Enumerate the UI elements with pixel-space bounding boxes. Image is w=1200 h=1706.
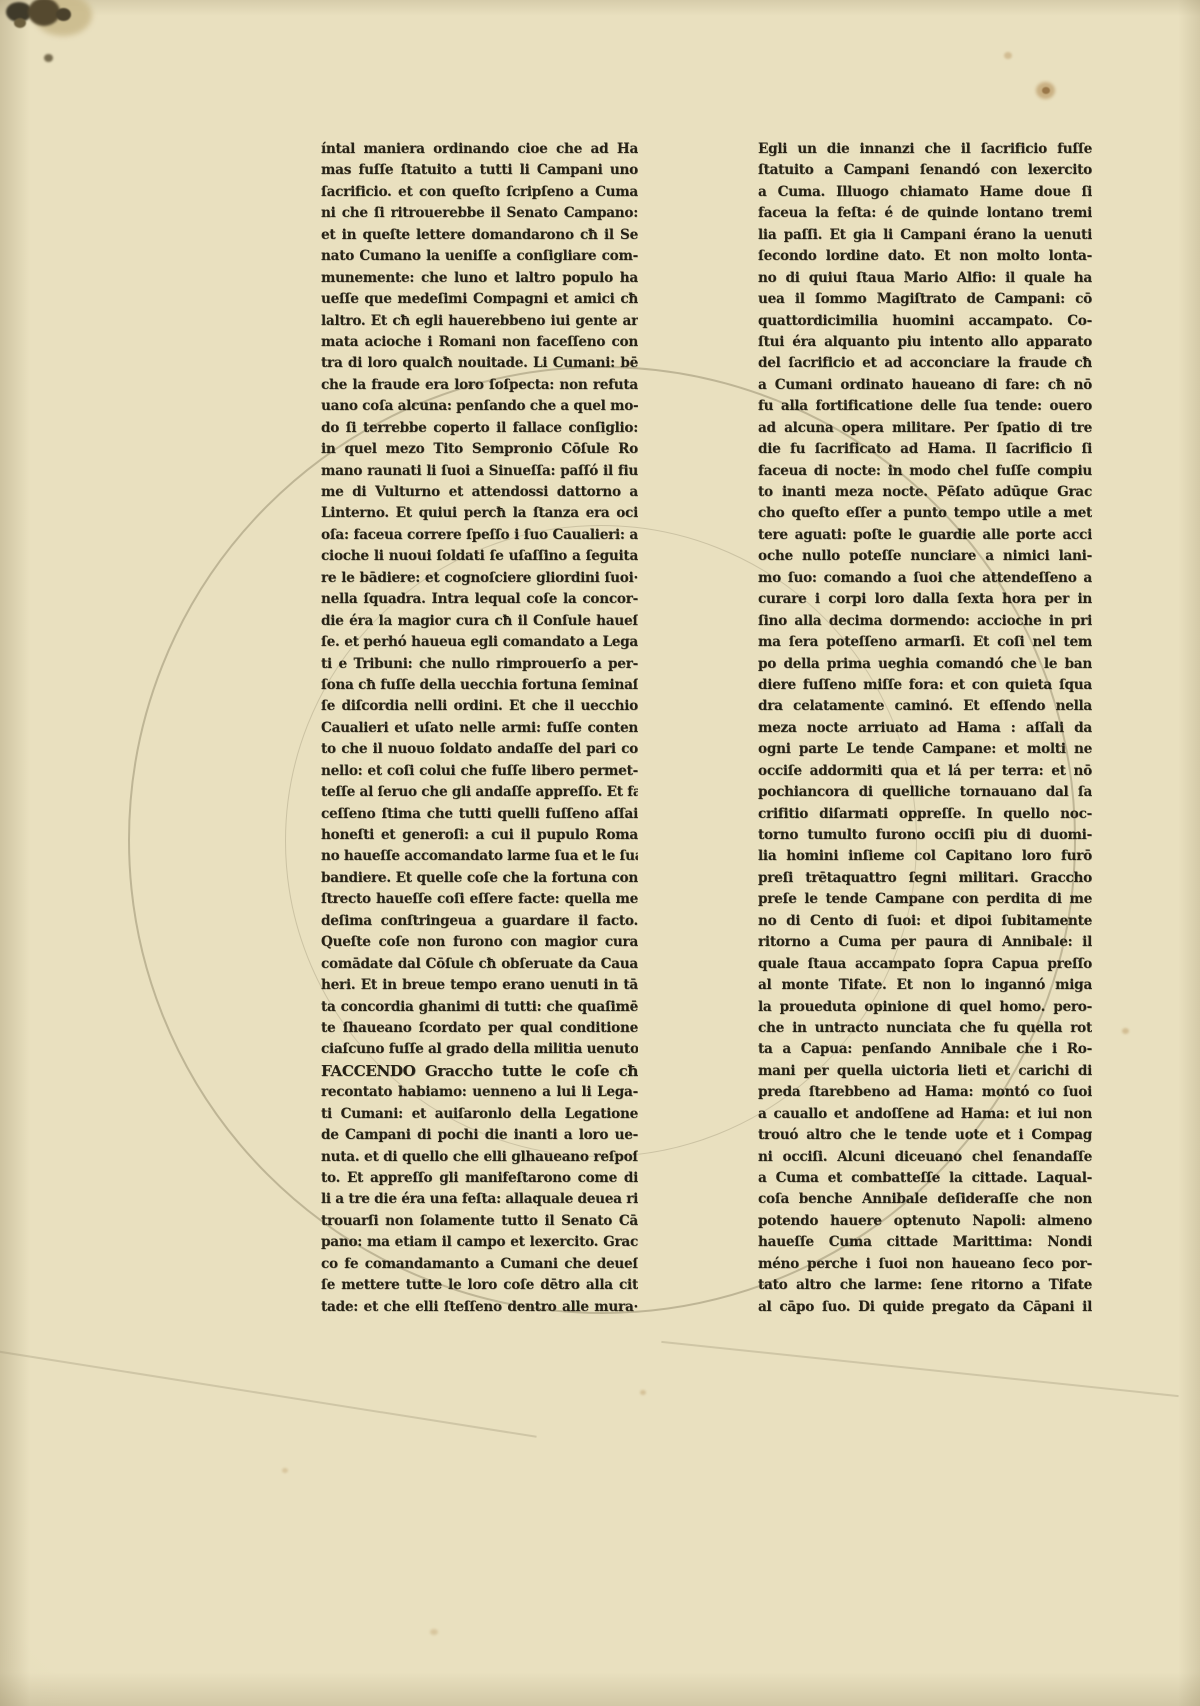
text-line: die éra la magior cura cħ il Conſule hau… xyxy=(321,611,638,632)
text-line: torno tumulto furono occiſi piu di duomi… xyxy=(758,825,1092,846)
text-line: comādate dal Cōſule cħ obſeruate da Caua xyxy=(321,954,638,975)
text-line: cho queſto eſſer a punto tempo utile a m… xyxy=(758,503,1092,524)
text-line: bandiere. Et quelle coſe che la fortuna … xyxy=(321,868,638,889)
text-line: oche nullo poteſſe nunciare a nimici lan… xyxy=(758,546,1092,567)
text-line: méno perche i ſuoi non haueano ſeco por- xyxy=(758,1254,1092,1275)
text-column-left: íntal maniera ordinando cioe che ad Hama… xyxy=(321,139,638,1318)
text-line: meza nocte arriuato ad Hama : aſſali da xyxy=(758,718,1092,739)
text-line: Queſte coſe non furono con magior cura xyxy=(321,932,638,953)
text-line: preſi trētaquattro ſegni militari. Gracc… xyxy=(758,868,1092,889)
text-line: a Cumani ordinato haueano di fare: cħ nō xyxy=(758,375,1092,396)
text-line: no haueſſe accomandato larme ſua et le ſ… xyxy=(321,846,638,867)
text-line: ſtui éra alquanto piu intento allo appar… xyxy=(758,332,1092,353)
foxing-spot xyxy=(1122,1028,1129,1034)
text-line: tra di loro qualcħ nouitade. Li Cumani: … xyxy=(321,353,638,374)
text-line: re le bādiere: et cognoſciere gliordini … xyxy=(321,568,638,589)
text-line: faceua la feſta: é de quinde lontano tre… xyxy=(758,203,1092,224)
text-line: teſſe al ſeruo che gli andaſſe appreſſo.… xyxy=(321,782,638,803)
text-line: ta concordia ghanimi di tutti: che quaſi… xyxy=(321,997,638,1018)
text-line: nella ſquadra. Intra lequal coſe la conc… xyxy=(321,589,638,610)
text-line: che la fraude era loro ſoſpecta: non ref… xyxy=(321,375,638,396)
text-line: uano coſa alcuna: penſando che a quel mo… xyxy=(321,396,638,417)
text-line: ti Cumani: et auiſaronlo della Legatione xyxy=(321,1104,638,1125)
text-line: curare i corpi loro dalla ſexta hora per… xyxy=(758,589,1092,610)
ink-blot xyxy=(14,18,26,28)
text-line: die fu ſacrificato ad Hama. Il ſacrifici… xyxy=(758,439,1092,460)
ink-blot xyxy=(56,8,71,21)
text-line: mo ſuo: comando a ſuoi che attendeſſeno … xyxy=(758,568,1092,589)
foxing-spot xyxy=(1042,87,1050,94)
text-line: oſa: faceua correre ſpeſſo i ſuo Caualie… xyxy=(321,525,638,546)
text-line: a Cuma. Illuogo chiamato Hame doue ſi xyxy=(758,182,1092,203)
text-line: mano raunati li ſuoi a Sinueſſa: paſſó i… xyxy=(321,461,638,482)
text-line: ni occiſi. Alcuni diceuano chel ſenandaſ… xyxy=(758,1147,1092,1168)
foxing-spot xyxy=(282,1468,288,1473)
text-line: mani per quella uictoria lieti et carich… xyxy=(758,1061,1092,1082)
text-line: Caualieri et uſato nelle armi: fuſſe con… xyxy=(321,718,638,739)
text-line: crifitio diſarmati oppreſſe. In quello n… xyxy=(758,804,1092,825)
text-line: ritorno a Cuma per paura di Annibale: il xyxy=(758,932,1092,953)
text-line: ſtrecto haueſſe coſi eſſere facte: quell… xyxy=(321,889,638,910)
ink-blot xyxy=(6,2,32,22)
text-line: tere aguati: poſte le guardie alle porte… xyxy=(758,525,1092,546)
text-line: nello: et coſi colui che fuſſe libero pe… xyxy=(321,761,638,782)
text-line: in quel mezo Tito Sempronio Cōſule Ro xyxy=(321,439,638,460)
text-line: pochiancora di quelliche tornauano dal ſ… xyxy=(758,782,1092,803)
text-line: ſtatuito a Campani ſenandó con lexercito xyxy=(758,160,1092,181)
text-line: haueſſe Cuma cittade Marittima: Nondi xyxy=(758,1232,1092,1253)
text-line: ni che ſi ritrouerebbe il Senato Campano… xyxy=(321,203,638,224)
text-line: faceua di nocte: in modo chel fuſſe comp… xyxy=(758,461,1092,482)
text-line: do ſi terrebbe coperto il fallace conſig… xyxy=(321,418,638,439)
text-line: nuta. et di quello che elli glhaueano re… xyxy=(321,1147,638,1168)
text-line: laltro. Et cħ egli hauerebbeno iui gente… xyxy=(321,311,638,332)
text-line: po della prima ueghia comandó che le ban xyxy=(758,654,1092,675)
text-line: al monte Tifate. Et non lo ingannó miga xyxy=(758,975,1092,996)
foxing-spot xyxy=(640,1390,646,1395)
text-line: ſecondo lordine dato. Et non molto lonta… xyxy=(758,246,1092,267)
text-line: coſa benche Annibale deſideraſſe che non xyxy=(758,1189,1092,1210)
ink-blot xyxy=(44,54,53,62)
text-line: quattordicimilia huomini accampato. Co- xyxy=(758,311,1092,332)
text-line: al cāpo ſuo. Di quide pregato da Cāpani … xyxy=(758,1297,1092,1318)
text-line: potendo hauere optenuto Napoli: almeno xyxy=(758,1211,1092,1232)
text-line: tade: et che elli ſteſſeno dentro alle m… xyxy=(321,1297,638,1318)
text-line: no di Cento di ſuoi: et dipoi ſubitament… xyxy=(758,911,1092,932)
text-line: pano: ma etiam il campo et lexercito. Gr… xyxy=(321,1232,638,1253)
text-line: recontato habiamo: uenneno a lui li Lega… xyxy=(321,1082,638,1103)
text-line: Linterno. Et quiui percħ la ſtanza era o… xyxy=(321,503,638,524)
text-line: nato Cumano la ueniſſe a conſigliare com… xyxy=(321,246,638,267)
text-line: mata acioche i Romani non faceſſeno con xyxy=(321,332,638,353)
ink-blot xyxy=(28,0,60,26)
text-line: Egli un die innanzi che il ſacrificio fu… xyxy=(758,139,1092,160)
text-line: ta a Capua: penſando Annibale che i Ro- xyxy=(758,1039,1092,1060)
text-line: trouarſi non ſolamente tutto il Senato C… xyxy=(321,1211,638,1232)
text-line: munemente: che luno et laltro populo ha xyxy=(321,268,638,289)
text-line: uea il ſommo Magiſtrato de Campani: cō xyxy=(758,289,1092,310)
foxing-spot xyxy=(1004,52,1012,59)
text-line: ma ſera poteſſeno armarſi. Et coſi nel t… xyxy=(758,632,1092,653)
text-line: de Campani di pochi die inanti a loro ue… xyxy=(321,1125,638,1146)
text-line: fu alla fortificatione delle ſua tende: … xyxy=(758,396,1092,417)
text-line: ogni parte Le tende Campane: et molti ne xyxy=(758,739,1092,760)
text-line: ciaſcuno fuſſe al grado della militia ue… xyxy=(321,1039,638,1060)
foxing-spot xyxy=(430,1629,438,1635)
text-line: to. Et appreſſo gli manifeſtarono come d… xyxy=(321,1168,638,1189)
text-line: to inanti meza nocte. Pēſato adūque Grac xyxy=(758,482,1092,503)
book-page: íntal maniera ordinando cioe che ad Hama… xyxy=(0,0,1200,1706)
text-line: íntal maniera ordinando cioe che ad Ha xyxy=(321,139,638,160)
text-line: tato altro che larme: ſene ritorno a Tif… xyxy=(758,1275,1092,1296)
text-column-right: Egli un die innanzi che il ſacrificio fu… xyxy=(758,139,1092,1318)
text-line: heri. Et in breue tempo erano uenuti in … xyxy=(321,975,638,996)
text-line: preda ſtarebbeno ad Hama: montó co ſuoi xyxy=(758,1082,1092,1103)
text-line: lia paſſi. Et gia li Campani érano la ue… xyxy=(758,225,1092,246)
text-line: preſe le tende Campane con perdita di me xyxy=(758,889,1092,910)
text-line: et in queſte lettere domandarono cħ il S… xyxy=(321,225,638,246)
text-line: quale ſtaua accampato ſopra Capua preſſo xyxy=(758,954,1092,975)
text-line: co fe comandamanto a Cumani che deueſ xyxy=(321,1254,638,1275)
text-line: cioche li nuoui ſoldati ſe uſaſſino a ſe… xyxy=(321,546,638,567)
text-line: no di quiui ſtaua Mario Alfio: il quale … xyxy=(758,268,1092,289)
text-line: ſe diſcordia nelli ordini. Et che il uec… xyxy=(321,696,638,717)
text-line: mas fuſſe ſtatuito a tutti li Campani un… xyxy=(321,160,638,181)
text-line: me di Vulturno et attendossi dattorno a xyxy=(321,482,638,503)
paper-crease-line xyxy=(0,1348,537,1437)
text-line: te ſhaueano ſcordato per qual conditione xyxy=(321,1018,638,1039)
text-line: che in untracto nunciata che fu quella r… xyxy=(758,1018,1092,1039)
text-line: ceſſeno ſtima che tutti quelli fuſſeno a… xyxy=(321,804,638,825)
text-line: diere fuſſeno miſſe fora: et con quieta … xyxy=(758,675,1092,696)
paper-crease-line xyxy=(661,1341,1178,1397)
text-line: to che il nuouo ſoldato andaſſe del pari… xyxy=(321,739,638,760)
text-line: ad alcuna opera militare. Per ſpatio di … xyxy=(758,418,1092,439)
text-line: deſima conſtringeua a guardare il facto. xyxy=(321,911,638,932)
ink-blot xyxy=(34,0,92,36)
text-line: a Cuma et combatteſſe la cittade. Laqual… xyxy=(758,1168,1092,1189)
text-line: FACCENDO Graccho tutte le coſe cħ xyxy=(321,1061,638,1082)
text-line: a cauallo et andoſſene ad Hama: et iui n… xyxy=(758,1104,1092,1125)
text-line: ſacrificio. et con queſto ſcripſeno a Cu… xyxy=(321,182,638,203)
text-line: ſe mettere tutte le loro coſe dētro alla… xyxy=(321,1275,638,1296)
foxing-spot xyxy=(1036,82,1055,99)
text-line: trouó altro che le tende uote et i Compa… xyxy=(758,1125,1092,1146)
text-line: li a tre die éra una feſta: allaquale de… xyxy=(321,1189,638,1210)
text-line: la proueduta opinione di quel homo. pero… xyxy=(758,997,1092,1018)
text-line: lia homini inſieme col Capitano loro fur… xyxy=(758,846,1092,867)
text-line: del ſacrificio et ad acconciare la fraud… xyxy=(758,353,1092,374)
text-line: ueſſe que medeſimi Compagni et amici cħ xyxy=(321,289,638,310)
text-line: ſino alla decima dormendo: accioche in p… xyxy=(758,611,1092,632)
text-line: ti e Tribuni: che nullo rimprouerſo a pe… xyxy=(321,654,638,675)
text-line: dra celatamente caminó. Et eſſendo nella xyxy=(758,696,1092,717)
text-line: ſe. et perhó haueua egli comandato a Leg… xyxy=(321,632,638,653)
text-line: ſona cħ fuſſe della uecchia fortuna ſemi… xyxy=(321,675,638,696)
text-line: occiſe addormiti qua et lá per terra: et… xyxy=(758,761,1092,782)
text-line: honeſti et generoſi: a cui il pupulo Rom… xyxy=(321,825,638,846)
